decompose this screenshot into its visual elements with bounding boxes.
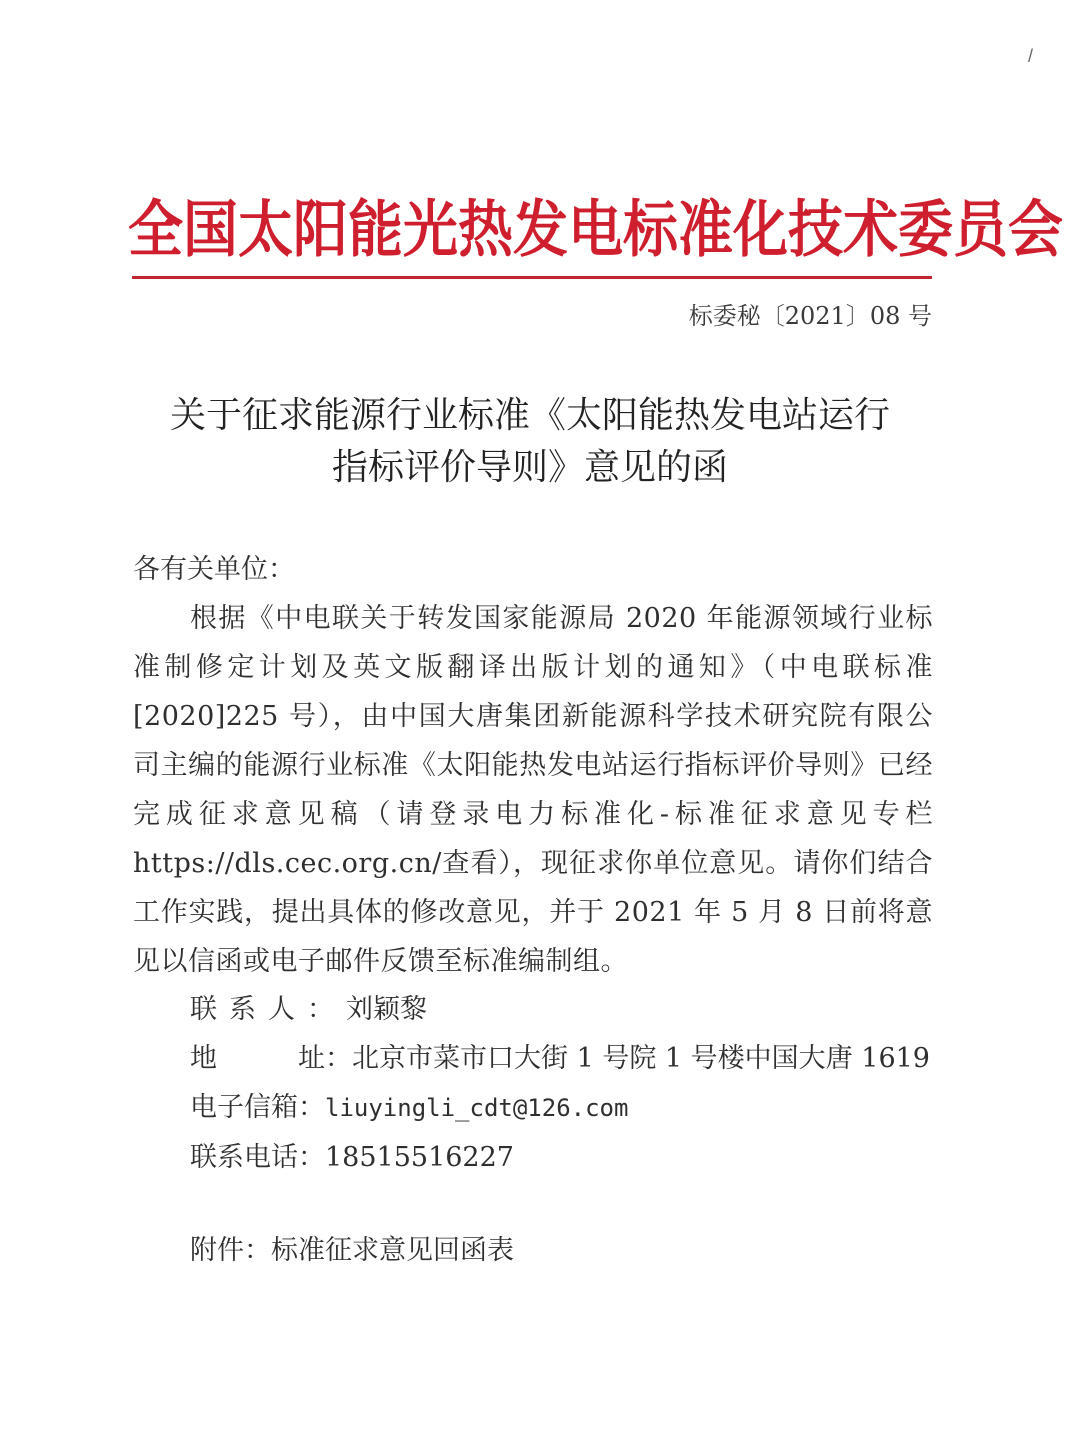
main-paragraph: 根据《中电联关于转发国家能源局 2020 年能源领域行业标准制修定计划及英文版翻… [133,594,933,986]
attachment-label: 附件： [190,1235,271,1266]
title-line-2: 指标评价导则》意见的函 [120,442,940,494]
contact-address-row: 地址：北京市菜市口大街 1 号院 1 号楼中国大唐 1619 [190,1034,930,1083]
contact-email-row: 电子信箱：liuyingli_cdt@126.com [190,1083,930,1133]
contact-phone: 18515516227 [325,1142,514,1173]
red-divider [132,276,932,279]
contact-phone-row: 联系电话：18515516227 [190,1133,930,1182]
attachment-value: 标准征求意见回函表 [271,1235,514,1266]
page-mark: / [1028,46,1033,67]
document-number: 标委秘〔2021〕08 号 [689,296,932,331]
letter-body: 各有关单位： 根据《中电联关于转发国家能源局 2020 年能源领域行业标准制修定… [133,545,933,986]
contact-address-label: 地 [190,1034,298,1083]
document-title: 关于征求能源行业标准《太阳能热发电站运行 指标评价导则》意见的函 [120,390,940,494]
title-line-1: 关于征求能源行业标准《太阳能热发电站运行 [120,390,940,442]
contact-phone-label: 联系电话： [190,1133,325,1182]
contact-email-label: 电子信箱： [190,1083,325,1132]
salutation: 各有关单位： [133,545,933,594]
contact-person-label: 联系人： [190,985,346,1034]
contact-address: 北京市菜市口大街 1 号院 1 号楼中国大唐 1619 [352,1043,930,1074]
contact-person: 刘颖黎 [346,994,427,1025]
attachment-line: 附件：标准征求意见回函表 [190,1228,514,1267]
contact-block: 联系人：刘颖黎 地址：北京市菜市口大街 1 号院 1 号楼中国大唐 1619 电… [190,985,930,1182]
contact-person-row: 联系人：刘颖黎 [190,985,930,1034]
organization-heading: 全国太阳能光热发电标准化技术委员会 [128,180,938,268]
contact-address-label-2: 址： [298,1043,352,1074]
contact-email[interactable]: liuyingli_cdt@126.com [325,1094,628,1122]
